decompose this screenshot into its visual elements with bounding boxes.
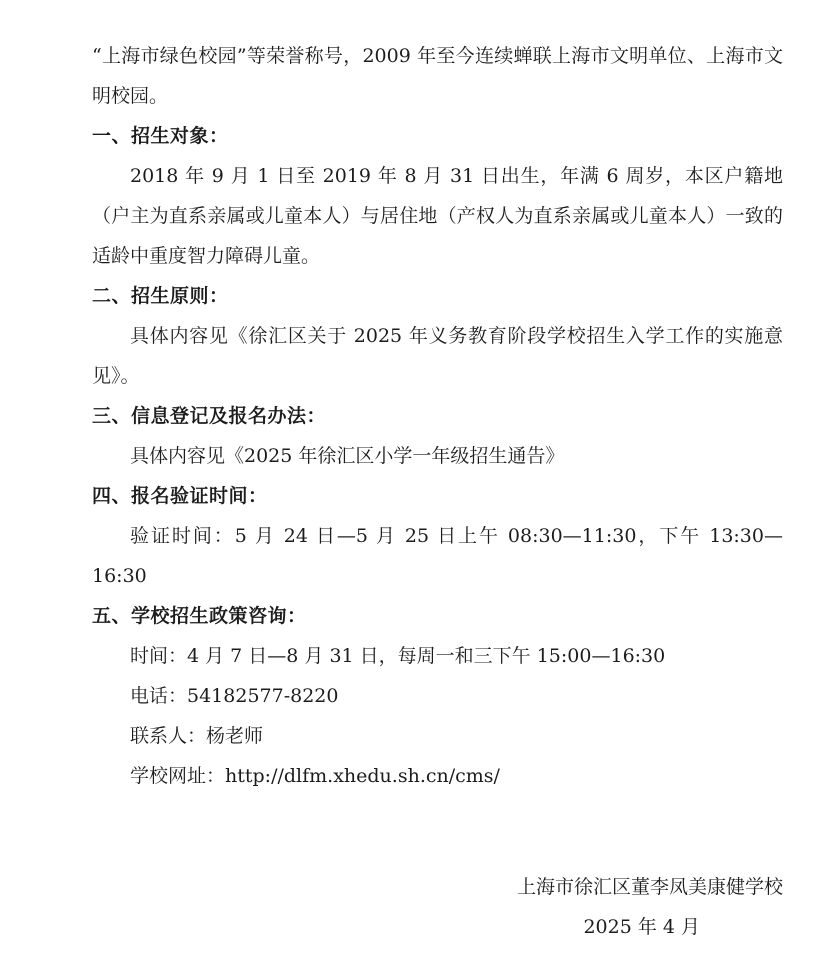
body-paragraph: 验证时间：5 月 24 日—5 月 25 日上午 08:30—11:30，下午 … — [92, 516, 783, 596]
section-heading: 一、招生对象： — [92, 116, 783, 156]
signature-block: 上海市徐汇区董李凤美康健学校 2025 年 4 月 — [92, 867, 783, 947]
body-paragraph: 联系人：杨老师 — [92, 716, 783, 756]
body-paragraph: 2018 年 9 月 1 日至 2019 年 8 月 31 日出生，年满 6 周… — [92, 156, 783, 276]
section-heading: 二、招生原则： — [92, 276, 783, 316]
document-page: “上海市绿色校园”等荣誉称号，2009 年至今连续蝉联上海市文明单位、上海市文明… — [0, 0, 834, 958]
body-paragraph: 电话：54182577-8220 — [92, 676, 783, 716]
document-body: “上海市绿色校园”等荣誉称号，2009 年至今连续蝉联上海市文明单位、上海市文明… — [92, 36, 783, 796]
section-heading: 四、报名验证时间： — [92, 476, 783, 516]
body-paragraph: 具体内容见《徐汇区关于 2025 年义务教育阶段学校招生入学工作的实施意见》。 — [92, 316, 783, 396]
body-paragraph: 具体内容见《2025 年徐汇区小学一年级招生通告》 — [92, 436, 783, 476]
signature-date: 2025 年 4 月 — [92, 907, 783, 947]
body-paragraph: “上海市绿色校园”等荣誉称号，2009 年至今连续蝉联上海市文明单位、上海市文明… — [92, 36, 783, 116]
body-paragraph: 学校网址：http://dlfm.xhedu.sh.cn/cms/ — [92, 756, 783, 796]
section-heading: 三、信息登记及报名办法： — [92, 396, 783, 436]
body-paragraph: 时间：4 月 7 日—8 月 31 日，每周一和三下午 15:00—16:30 — [92, 636, 783, 676]
signature-school-name: 上海市徐汇区董李凤美康健学校 — [92, 867, 783, 907]
section-heading: 五、学校招生政策咨询： — [92, 596, 783, 636]
